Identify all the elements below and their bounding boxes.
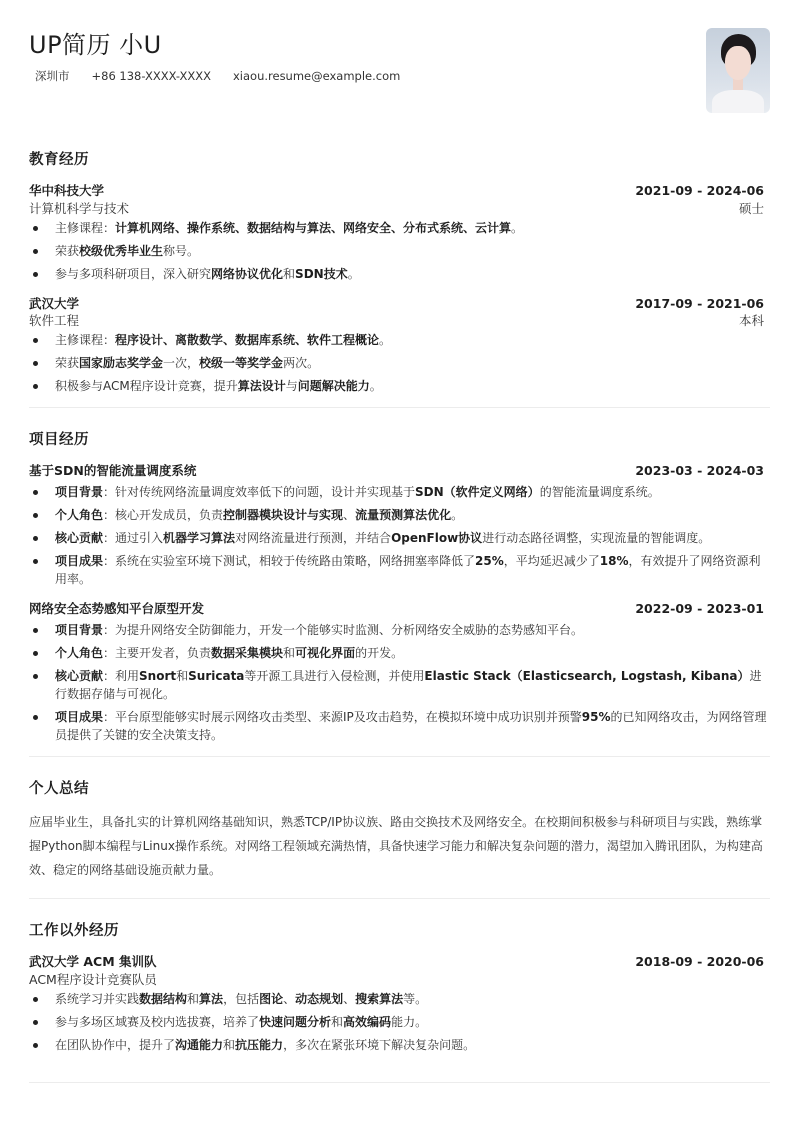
bullet-item: 项目成果：平台原型能够实时展示网络攻击类型、来源IP及攻击趋势，在模拟环境中成功… [29, 708, 770, 744]
bullet-item: 在团队协作中，提升了沟通能力和抗压能力，多次在紧张环境下解决复杂问题。 [29, 1036, 770, 1054]
entry-head: 武汉大学2017-09 - 2021-06 [29, 295, 770, 314]
bullet-item: 项目背景：针对传统网络流量调度效率低下的问题，设计并实现基于SDN（软件定义网络… [29, 483, 770, 501]
bullet-list: 主修课程：程序设计、离散数学、数据库系统、软件工程概论。荣获国家励志奖学金一次，… [29, 331, 770, 395]
bold-text: 程序设计、离散数学、数据库系统、软件工程概论 [115, 333, 379, 347]
bullet-item: 参与多场区域赛及校内选拔赛，培养了快速问题分析和高效编码能力。 [29, 1013, 770, 1031]
text: 称号。 [163, 244, 199, 258]
text: 和 [176, 669, 188, 683]
bold-text: 国家励志奖学金 [79, 356, 163, 370]
bold-text: 问题解决能力 [298, 379, 370, 393]
bold-text: 可视化界面 [295, 646, 355, 660]
date-range: 2017-09 - 2021-06 [635, 295, 770, 314]
text: 。 [370, 379, 382, 393]
bullet-item: 核心贡献：利用Snort和Suricata等开源工具进行入侵检测，并使用Elas… [29, 667, 770, 703]
bold-text: SDN技术 [295, 267, 348, 281]
text: 。 [451, 508, 463, 522]
project-entry: 基于SDN的智能流量调度系统2023-03 - 2024-03项目背景：针对传统… [29, 462, 770, 588]
project-name: 网络安全态势感知平台原型开发 [29, 600, 204, 619]
date-range: 2021-09 - 2024-06 [635, 182, 770, 201]
bold-text: 算法设计 [238, 379, 286, 393]
bold-text: 计算机网络、操作系统、数据结构与算法、网络安全、分布式系统、云计算 [115, 221, 511, 235]
text: ，包括 [223, 992, 259, 1006]
entry-sub: 计算机科学与技术硕士 [29, 201, 770, 217]
section-title-extra: 工作以外经历 [29, 921, 770, 943]
bold-text: Suricata [188, 669, 244, 683]
text: 主修课程： [55, 333, 115, 347]
text: ：主要开发者，负责 [103, 646, 211, 660]
bold-text: 沟通能力 [175, 1038, 223, 1052]
text: ：通过引入 [103, 531, 163, 545]
text: 和 [283, 267, 295, 281]
extra-entry: 武汉大学 ACM 集训队2018-09 - 2020-06ACM程序设计竞赛队员… [29, 953, 770, 1054]
date-range: 2023-03 - 2024-03 [635, 462, 770, 481]
bullet-item: 项目背景：为提升网络安全防御能力，开发一个能够实时监测、分析网络安全威胁的态势感… [29, 621, 770, 639]
bullet-item: 系统学习并实践数据结构和算法，包括图论、动态规划、搜索算法等。 [29, 990, 770, 1008]
text: 积极参与ACM程序设计竞赛，提升 [55, 379, 238, 393]
bold-text: 图论 [259, 992, 283, 1006]
entry-sub: ACM程序设计竞赛队员 [29, 972, 770, 988]
bold-text: 抗压能力 [235, 1038, 283, 1052]
candidate-name: UP简历 小U [29, 28, 770, 62]
entry-head: 武汉大学 ACM 集训队2018-09 - 2020-06 [29, 953, 770, 972]
degree: 硕士 [739, 201, 770, 217]
bold-text: Snort [139, 669, 176, 683]
bold-text: 流量预测算法优化 [355, 508, 451, 522]
bullet-item: 主修课程：计算机网络、操作系统、数据结构与算法、网络安全、分布式系统、云计算。 [29, 219, 770, 237]
major: 计算机科学与技术 [29, 201, 129, 217]
email: xiaou.resume@example.com [233, 68, 400, 85]
bold-text: 项目成果 [55, 710, 103, 724]
text: 一次， [163, 356, 199, 370]
bold-text: 95% [582, 710, 611, 724]
project-entry: 网络安全态势感知平台原型开发2022-09 - 2023-01项目背景：为提升网… [29, 600, 770, 744]
text: 参与多项科研项目，深入研究 [55, 267, 211, 281]
city: 深圳市 [35, 68, 70, 85]
bold-text: 校级优秀毕业生 [79, 244, 163, 258]
text: 、 [283, 992, 295, 1006]
text: 的智能流量调度系统。 [540, 485, 660, 499]
text: 。 [511, 221, 523, 235]
bullet-item: 主修课程：程序设计、离散数学、数据库系统、软件工程概论。 [29, 331, 770, 349]
resume-header: UP简历 小U 深圳市 +86 138-XXXX-XXXX xiaou.resu… [29, 28, 770, 128]
text: 在团队协作中，提升了 [55, 1038, 175, 1052]
text: ：针对传统网络流量调度效率低下的问题，设计并实现基于 [103, 485, 415, 499]
bold-text: 核心贡献 [55, 531, 103, 545]
text: 参与多场区域赛及校内选拔赛，培养了 [55, 1015, 259, 1029]
text: 两次。 [283, 356, 319, 370]
major: 软件工程 [29, 313, 79, 329]
bold-text: 项目背景 [55, 623, 103, 637]
text: 。 [379, 333, 391, 347]
bold-text: 25% [475, 554, 504, 568]
education-entry: 华中科技大学2021-09 - 2024-06计算机科学与技术硕士主修课程：计算… [29, 182, 770, 283]
bold-text: 数据采集模块 [211, 646, 283, 660]
extra-section: 工作以外经历 武汉大学 ACM 集训队2018-09 - 2020-06ACM程… [29, 898, 770, 1083]
bold-text: 搜索算法 [355, 992, 403, 1006]
bold-text: 快速问题分析 [259, 1015, 331, 1029]
text: 系统学习并实践 [55, 992, 139, 1006]
bold-text: 项目成果 [55, 554, 103, 568]
date-range: 2022-09 - 2023-01 [635, 600, 770, 619]
text: 和 [283, 646, 295, 660]
text: 等开源工具进行入侵检测，并使用 [244, 669, 424, 683]
bold-text: 算法 [199, 992, 223, 1006]
section-title-education: 教育经历 [29, 150, 770, 172]
text: 等。 [403, 992, 427, 1006]
phone: +86 138-XXXX-XXXX [92, 68, 211, 85]
bullet-list: 主修课程：计算机网络、操作系统、数据结构与算法、网络安全、分布式系统、云计算。荣… [29, 219, 770, 283]
text: 荣获 [55, 356, 79, 370]
text: 。 [348, 267, 360, 281]
bullet-item: 项目成果：系统在实验室环境下测试，相较于传统路由策略，网络拥塞率降低了25%，平… [29, 552, 770, 588]
summary-section: 个人总结 应届毕业生，具备扎实的计算机网络基础知识，熟悉TCP/IP协议族、路由… [29, 756, 770, 883]
bold-text: 网络协议优化 [211, 267, 283, 281]
bold-text: 数据结构 [139, 992, 187, 1006]
bullet-item: 积极参与ACM程序设计竞赛，提升算法设计与问题解决能力。 [29, 377, 770, 395]
bold-text: SDN（软件定义网络） [415, 485, 540, 499]
section-title-projects: 项目经历 [29, 430, 770, 452]
bullet-item: 荣获国家励志奖学金一次，校级一等奖学金两次。 [29, 354, 770, 372]
entry-head: 华中科技大学2021-09 - 2024-06 [29, 182, 770, 201]
entry-sub: 软件工程本科 [29, 313, 770, 329]
bold-text: 核心贡献 [55, 669, 103, 683]
text: 和 [331, 1015, 343, 1029]
text: 的开发。 [355, 646, 403, 660]
text: ：平台原型能够实时展示网络攻击类型、来源IP及攻击趋势，在模拟环境中成功识别并预… [103, 710, 582, 724]
bold-text: Elastic Stack（Elasticsearch, Logstash, K… [424, 669, 749, 683]
bold-text: 校级一等奖学金 [199, 356, 283, 370]
text: 进行动态路径调整，实现流量的智能调度。 [482, 531, 710, 545]
entry-head: 网络安全态势感知平台原型开发2022-09 - 2023-01 [29, 600, 770, 619]
bold-text: 个人角色 [55, 508, 103, 522]
school-name: 武汉大学 [29, 295, 79, 314]
summary-text: 应届毕业生，具备扎实的计算机网络基础知识，熟悉TCP/IP协议族、路由交换技术及… [29, 810, 770, 882]
bold-text: 机器学习算法 [163, 531, 235, 545]
text: 和 [223, 1038, 235, 1052]
text: 能力。 [391, 1015, 427, 1029]
entry-head: 基于SDN的智能流量调度系统2023-03 - 2024-03 [29, 462, 770, 481]
text: 与 [286, 379, 298, 393]
bullet-item: 个人角色：核心开发成员，负责控制器模块设计与实现、流量预测算法优化。 [29, 506, 770, 524]
bold-text: 项目背景 [55, 485, 103, 499]
bullet-item: 个人角色：主要开发者，负责数据采集模块和可视化界面的开发。 [29, 644, 770, 662]
project-name: 基于SDN的智能流量调度系统 [29, 462, 196, 481]
bullet-list: 系统学习并实践数据结构和算法，包括图论、动态规划、搜索算法等。参与多场区域赛及校… [29, 990, 770, 1054]
bullet-item: 荣获校级优秀毕业生称号。 [29, 242, 770, 260]
text: 对网络流量进行预测，并结合 [235, 531, 391, 545]
contact-line: 深圳市 +86 138-XXXX-XXXX xiaou.resume@examp… [29, 68, 770, 85]
bullet-item: 核心贡献：通过引入机器学习算法对网络流量进行预测，并结合OpenFlow协议进行… [29, 529, 770, 547]
text: ，多次在紧张环境下解决复杂问题。 [283, 1038, 475, 1052]
projects-section: 项目经历 基于SDN的智能流量调度系统2023-03 - 2024-03项目背景… [29, 407, 770, 743]
text: ：系统在实验室环境下测试，相较于传统路由策略，网络拥塞率降低了 [103, 554, 475, 568]
text: ：核心开发成员，负责 [103, 508, 223, 522]
degree: 本科 [739, 313, 770, 329]
education-section: 教育经历 华中科技大学2021-09 - 2024-06计算机科学与技术硕士主修… [29, 128, 770, 395]
text: ：为提升网络安全防御能力，开发一个能够实时监测、分析网络安全威胁的态势感知平台。 [103, 623, 583, 637]
bold-text: 高效编码 [343, 1015, 391, 1029]
bold-text: 18% [600, 554, 629, 568]
text: 、 [343, 992, 355, 1006]
bold-text: OpenFlow协议 [391, 531, 482, 545]
bullet-item: 参与多项科研项目，深入研究网络协议优化和SDN技术。 [29, 265, 770, 283]
text: ：利用 [103, 669, 139, 683]
text: ，平均延迟减少了 [504, 554, 600, 568]
org-name: 武汉大学 ACM 集训队 [29, 953, 157, 972]
text: 、 [343, 508, 355, 522]
role: ACM程序设计竞赛队员 [29, 972, 157, 988]
bold-text: 动态规划 [295, 992, 343, 1006]
bullet-list: 项目背景：针对传统网络流量调度效率低下的问题，设计并实现基于SDN（软件定义网络… [29, 483, 770, 588]
text: 主修课程： [55, 221, 115, 235]
education-entry: 武汉大学2017-09 - 2021-06软件工程本科主修课程：程序设计、离散数… [29, 295, 770, 396]
section-title-summary: 个人总结 [29, 779, 770, 801]
profile-photo [706, 28, 770, 113]
bold-text: 个人角色 [55, 646, 103, 660]
school-name: 华中科技大学 [29, 182, 104, 201]
resume-page: UP简历 小U 深圳市 +86 138-XXXX-XXXX xiaou.resu… [0, 0, 799, 1083]
text: 和 [187, 992, 199, 1006]
bullet-list: 项目背景：为提升网络安全防御能力，开发一个能够实时监测、分析网络安全威胁的态势感… [29, 621, 770, 744]
date-range: 2018-09 - 2020-06 [635, 953, 770, 972]
text: 荣获 [55, 244, 79, 258]
bold-text: 控制器模块设计与实现 [223, 508, 343, 522]
